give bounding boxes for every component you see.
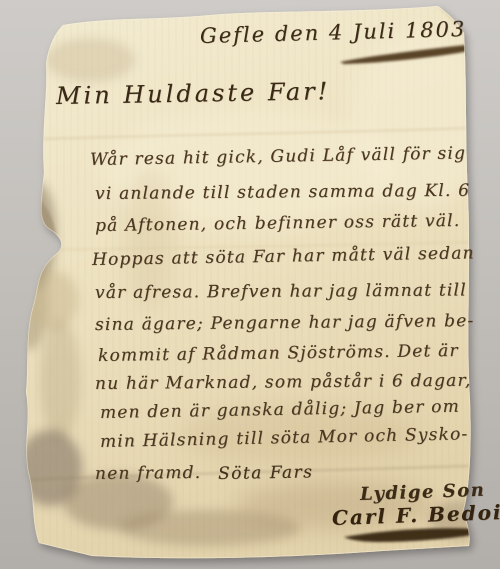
letter-closing-inline: Söta Fars	[218, 462, 314, 484]
letter-line: på Aftonen, och befinner oss rätt väl.	[95, 211, 461, 236]
letter-salutation: Min Huldaste Far!	[56, 77, 331, 110]
letter-line: kommit af Rådman Sjöströms. Det är	[98, 341, 459, 366]
letter-line: Hoppas att söta Far har mått väl sedan	[92, 243, 475, 270]
handwritten-letter: Gefle den 4 Juli 1803 Min Huldaste Far! …	[0, 0, 500, 569]
letter-line: men den är ganska dålig; Jag ber om	[100, 397, 460, 423]
letter-signature: Carl F. Bedoir	[332, 500, 500, 530]
letter-line: min Hälsning till söta Mor och Sysko-	[100, 424, 469, 452]
letter-line: nen framd.	[95, 463, 202, 484]
letter-line: nu här Marknad, som påstår i 6 dagar,	[95, 371, 472, 394]
letter-line: vi anlande till staden samma dag Kl. 6	[95, 181, 470, 204]
scanner-background: Gefle den 4 Juli 1803 Min Huldaste Far! …	[0, 0, 500, 569]
letter-dateline: Gefle den 4 Juli 1803	[200, 17, 467, 48]
letter-line: vår afresa. Brefven har jag lämnat till	[95, 280, 467, 303]
letter-line: Wår resa hit gick, Gudi Låf väll för sig	[90, 143, 466, 170]
photo-of-letter: { "letter": { "dateline": "Gefle den 4 J…	[0, 0, 500, 569]
letter-line: sina ägare; Pengarne har jag äfven be-	[95, 311, 475, 335]
